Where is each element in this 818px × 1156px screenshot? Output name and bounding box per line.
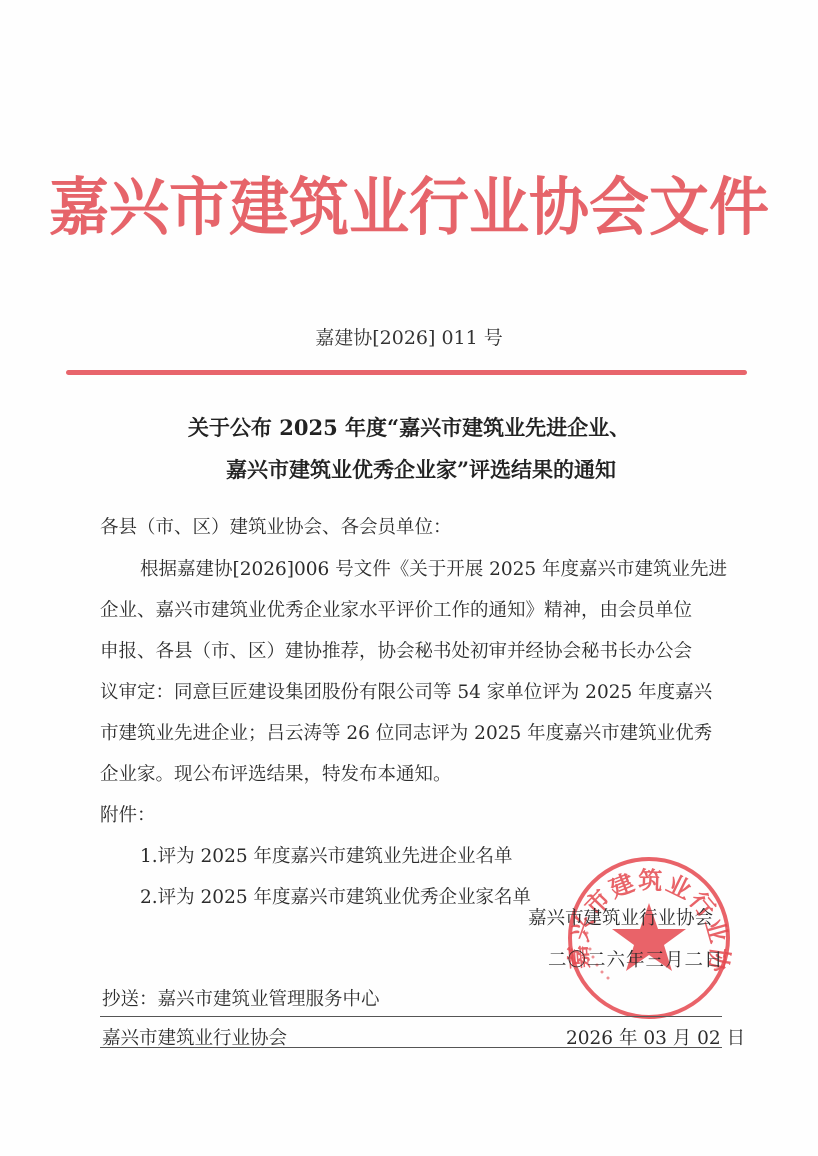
footer-divider (100, 1047, 722, 1048)
body-paragraph-line: 企业、嘉兴市建筑业优秀企业家水平评价工作的通知》精神，由会员单位 (100, 596, 692, 626)
official-seal-icon: 嘉兴市建筑业行业协会 (566, 855, 732, 1021)
cc-recipients: 抄送：嘉兴市建筑业管理服务中心 (102, 985, 380, 1015)
attachment-item: 1.评为 2025 年度嘉兴市建筑业先进企业名单 (140, 842, 513, 872)
attachments-label: 附件： (100, 801, 156, 831)
notice-title-line-1: 关于公布 2025 年度“嘉兴市建筑业先进企业、 (0, 413, 818, 443)
body-paragraph-line: 根据嘉建协[2026]006 号文件《关于开展 2025 年度嘉兴市建筑业先进 (140, 555, 727, 585)
body-paragraph-line: 申报、各县（市、区）建协推荐，协会秘书处初审并经协会秘书长办公会 (100, 637, 692, 667)
signature-organization: 嘉兴市建筑业行业协会 (528, 904, 713, 934)
salutation: 各县（市、区）建筑业协会、各会员单位： (100, 513, 452, 543)
signature-date: 二〇二六年三月二日 (548, 946, 724, 976)
masthead-title: 嘉兴市建筑业行业协会文件 (0, 166, 818, 250)
body-paragraph-line: 企业家。现公布评选结果，特发布本通知。 (100, 760, 452, 790)
red-header-rule (66, 370, 747, 375)
footer-divider (100, 1016, 722, 1017)
issuer-name: 嘉兴市建筑业行业协会 (102, 1024, 287, 1054)
attachment-item: 2.评为 2025 年度嘉兴市建筑业优秀企业家名单 (140, 883, 531, 913)
document-page: 嘉兴市建筑业行业协会文件 嘉建协[2026] 011 号 关于公布 2025 年… (0, 0, 818, 1156)
issue-date: 2026 年 03 月 02 日 (566, 1024, 745, 1054)
document-number: 嘉建协[2026] 011 号 (0, 323, 818, 353)
body-paragraph-line: 市建筑业先进企业；吕云涛等 26 位同志评为 2025 年度嘉兴市建筑业优秀 (100, 719, 712, 749)
notice-title-line-2: 嘉兴市建筑业优秀企业家”评选结果的通知 (12, 455, 818, 485)
body-paragraph-line: 议审定：同意巨匠建设集团股份有限公司等 54 家单位评为 2025 年度嘉兴 (100, 678, 712, 708)
